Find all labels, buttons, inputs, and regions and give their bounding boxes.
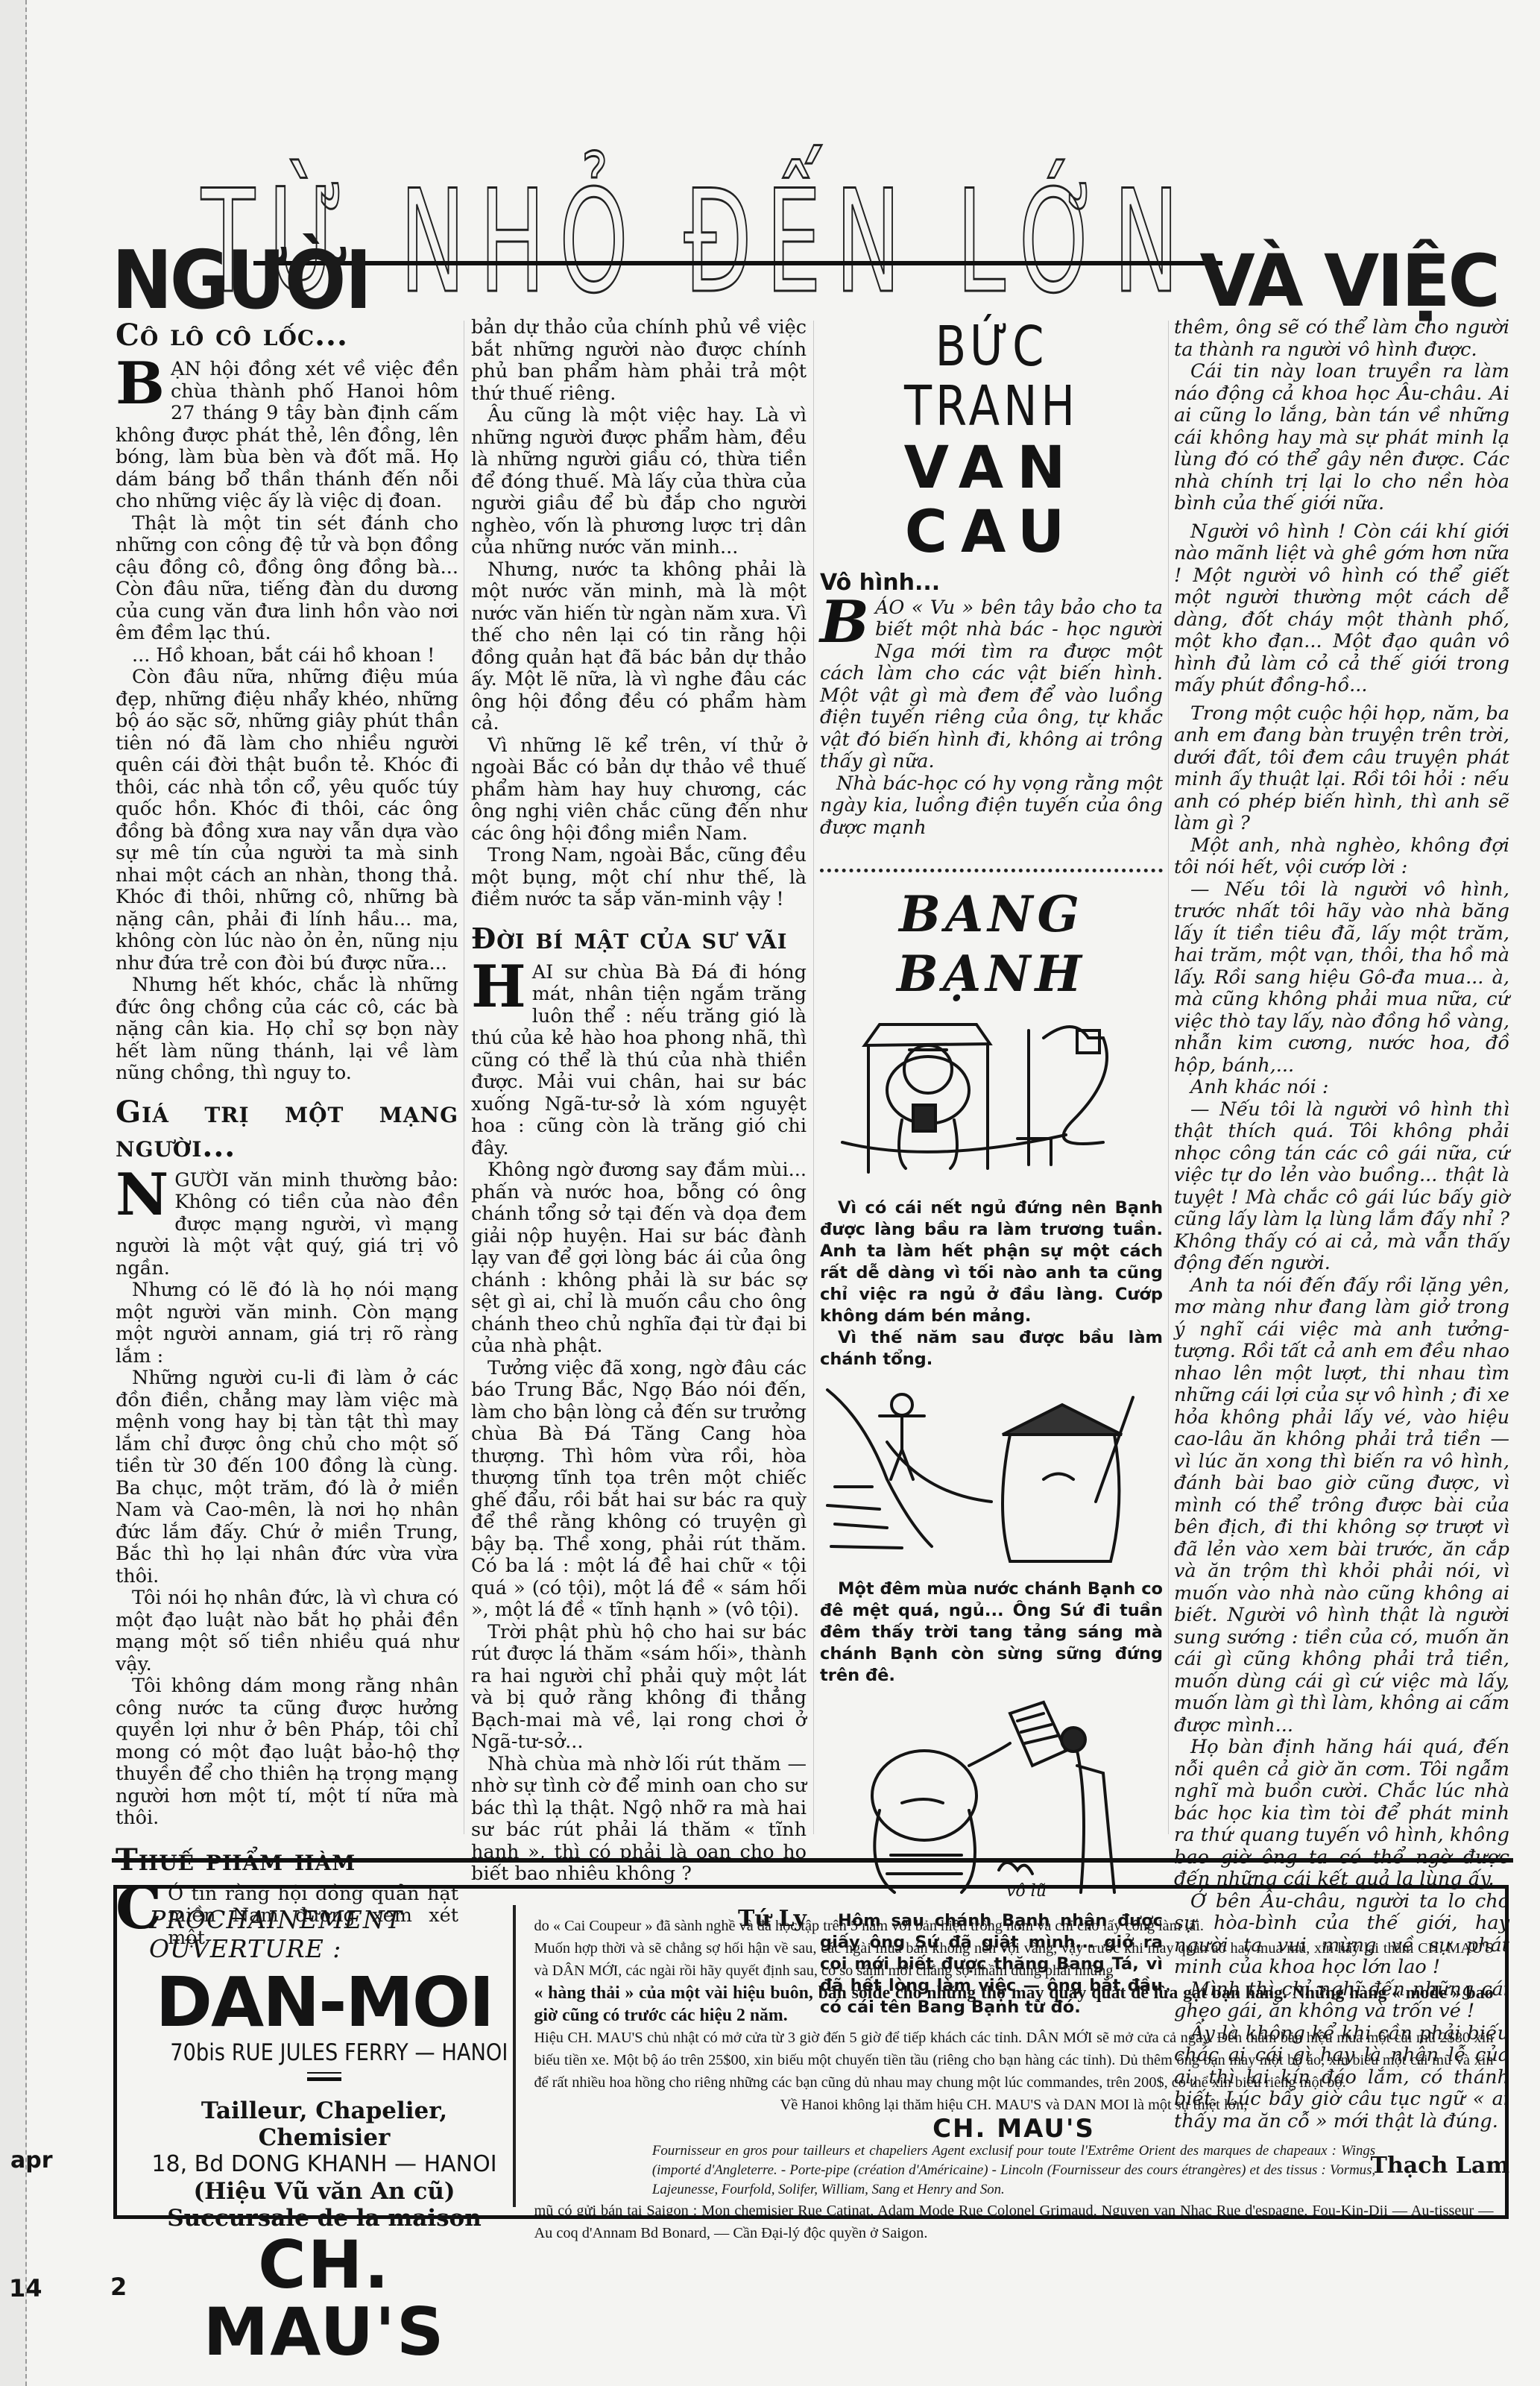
article-paragraph: BÁO « Vu » bên tây bảo cho ta biết một n… — [820, 597, 1163, 773]
article-paragraph: Trời phật phù hộ cho hai sư bác rút được… — [471, 1622, 807, 1754]
ad-text-bold: « hàng thải » của một vài hiệu buôn, bán… — [534, 1982, 1494, 2027]
masthead-right-word: VÀ VIỆC — [1199, 244, 1498, 318]
drop-cap: H — [471, 965, 526, 1010]
article-paragraph: HAI sư chùa Bà Đá đi hóng mát, nhân tiện… — [471, 962, 807, 1160]
article-paragraph: Những người cu-li đi làm ở các đồn điền,… — [116, 1367, 458, 1587]
article-paragraph: Anh ta nói đến đấy rồi lặng yên, mơ màng… — [1174, 1275, 1509, 1737]
ad-services: Tailleur, Chapelier, Chemisier — [149, 2097, 499, 2151]
article-paragraph: Trong Nam, ngoài Bắc, cũng đều một bụng,… — [471, 845, 807, 911]
article-paragraph: Nhưng hết khóc, chắc là những đức ông ch… — [116, 975, 458, 1085]
article-paragraph: Thật là một tin sét đánh cho những con c… — [116, 513, 458, 645]
cartoon-dike-inspection-icon — [820, 1375, 1163, 1569]
cartoon-promotion-letter-icon — [820, 1691, 1163, 1900]
column-divider — [813, 321, 814, 1834]
article-paragraph: Cái tin này loan truyền ra làm náo động … — [1174, 361, 1509, 515]
cartoon-watchman-icon — [820, 1008, 1163, 1187]
article-paragraph: Trong một cuộc hội họp, năm, ba anh em đ… — [1174, 703, 1509, 835]
ad-brand-ch-maus: CH. MAU'S — [149, 2232, 499, 2366]
margin-marker: 14 — [9, 2274, 42, 2302]
ad-french-text: Fournisseur en gros pour tailleurs et ch… — [534, 2141, 1494, 2200]
article-paragraph: Tôi nói họ nhân đức, là vì chưa có một đ… — [116, 1587, 458, 1675]
ad-text: Hiệu CH. MAU'S chủ nhật có mở cửa từ 3 g… — [534, 2027, 1494, 2094]
article-paragraph: Anh khác nói : — [1174, 1077, 1509, 1099]
article-paragraph: — Nếu tôi là người vô hình, trước nhất t… — [1174, 879, 1509, 1077]
margin-marker: apr — [10, 2147, 53, 2173]
article-paragraph: Một anh, nhà nghèo, không đợi tôi nói hế… — [1174, 835, 1509, 879]
section-separator — [112, 1858, 1513, 1863]
ad-former-name: (Hiệu Vũ văn An cũ) — [149, 2178, 499, 2205]
article-paragraph: Nhà bác-học có hy vọng rằng một ngày kia… — [820, 773, 1163, 840]
drop-cap: N — [116, 1173, 168, 1218]
ad-left-panel: PROCHAINEMENT OUVERTURE : DAN-MOI 70bis … — [149, 1905, 499, 2366]
article-paragraph: Người vô hình ! Còn cái khí giới nào mãn… — [1174, 521, 1509, 697]
article-paragraph: Nhưng, nước ta không phải là một nước vă… — [471, 559, 807, 735]
article-paragraph: BẠN hội đồng xét về việc đền chùa thành … — [116, 359, 458, 513]
masthead: TỪ NHỎ ĐẾN LỚN NGƯỜI VÀ VIỆC — [112, 175, 1498, 324]
ad-text: Muốn hợp thời và sẽ chẳng sợ hối hận về … — [534, 1937, 1494, 1982]
article-paragraph: bản dự thảo của chính phủ về việc bắt nh… — [471, 317, 807, 405]
ad-right-panel: do « Cai Coupeur » đã sành nghề và đã họ… — [529, 1915, 1498, 2244]
section-title-doi-bi-mat: Đời bí mật của sư vãi — [471, 922, 807, 956]
article-paragraph: Vì những lẽ kể trên, ví thử ở ngoài Bắc … — [471, 735, 807, 846]
section-title-gia-tri: Giá trị một mạng người... — [116, 1095, 458, 1164]
comic-caption-2: Một đêm mùa nước chánh Bạnh co đê mệt qu… — [820, 1578, 1163, 1687]
ad-text: Về Hanoi không lại thăm hiệu CH. MAU'S v… — [534, 2094, 1494, 2116]
page-number: 2 — [110, 2273, 127, 2301]
article-paragraph: Họ bàn định hăng hái quá, đến nỗi quên c… — [1174, 1737, 1509, 1891]
article-paragraph: — Nếu tôi là người vô hình thì thật thíc… — [1174, 1099, 1509, 1275]
comic-title-bang-banh: BANG BẠNH — [820, 884, 1163, 1004]
ad-brand-ch-maus-small: CH. MAU'S — [529, 2118, 1498, 2140]
column-3: BỨC TRANH VAN CAU Vô hình... BÁO « Vu » … — [820, 317, 1163, 2018]
ad-saigon-text: mũ có gửi bán tại Saigon : Mon chemisier… — [534, 2200, 1494, 2244]
comic-caption-1: Vì có cái nết ngủ đứng nên Bạnh được làn… — [820, 1197, 1163, 1370]
article-paragraph: Tưởng việc đã xong, ngờ đâu các báo Trun… — [471, 1358, 807, 1622]
article-paragraph: Âu cũng là một việc hay. Là vì những ngư… — [471, 405, 807, 559]
drop-cap: B — [116, 362, 165, 406]
van-cau-title-line1: BỨC TRANH — [851, 317, 1132, 436]
article-paragraph: Nhà chùa mà nhờ lối rút thăm — nhờ sự tì… — [471, 1754, 807, 1886]
article-paragraph: Tôi không dám mong rằng nhân công nước t… — [116, 1675, 458, 1830]
ad-divider — [513, 1905, 516, 2207]
article-paragraph: Còn đâu nữa, những điệu múa đẹp, những đ… — [116, 667, 458, 975]
van-cau-title-line2: VAN CAU — [820, 436, 1163, 564]
article-paragraph: Nhưng có lẽ đó là họ nói mạng một người … — [116, 1279, 458, 1367]
ad-triple-rule — [307, 2072, 341, 2081]
article-paragraph: thêm, ông sẽ có thể làm cho người ta thà… — [1174, 317, 1509, 361]
article-paragraph: ... Hồ khoan, bắt cái hồ khoan ! — [116, 645, 458, 667]
column-divider — [464, 321, 464, 1834]
masthead-left-word: NGƯỜI — [112, 244, 369, 318]
article-paragraph: Không ngờ đương say đắm mùi... phấn và n… — [471, 1159, 807, 1358]
ad-text: do « Cai Coupeur » đã sành nghề và đã họ… — [534, 1915, 1494, 1937]
scan-left-edge — [0, 0, 27, 2386]
masthead-rule — [253, 261, 1222, 265]
column-2: bản dự thảo của chính phủ về việc bắt nh… — [471, 317, 807, 1930]
ad-pre-title: PROCHAINEMENT OUVERTURE : — [149, 1905, 499, 1963]
section-title-co-lo-co-loc: Cô lô cô lốc... — [116, 318, 458, 353]
article-paragraph: NGƯỜI văn minh thường bảo: Không có tiền… — [116, 1170, 458, 1280]
column-divider — [1168, 321, 1169, 1834]
ad-address-1: 70bis RUE JULES FERRY — HANOI — [170, 2039, 479, 2066]
wavy-divider — [820, 861, 1163, 872]
sub-title-vo-hinh: Vô hình... — [820, 572, 1163, 594]
ad-address-2: 18, Bd DONG KHANH — HANOI — [149, 2151, 499, 2178]
column-1: Cô lô cô lốc... BẠN hội đồng xét về việc… — [116, 317, 458, 1949]
ad-brand-dan-moi: DAN-MOI — [149, 1966, 499, 2039]
drop-cap: B — [820, 600, 869, 645]
